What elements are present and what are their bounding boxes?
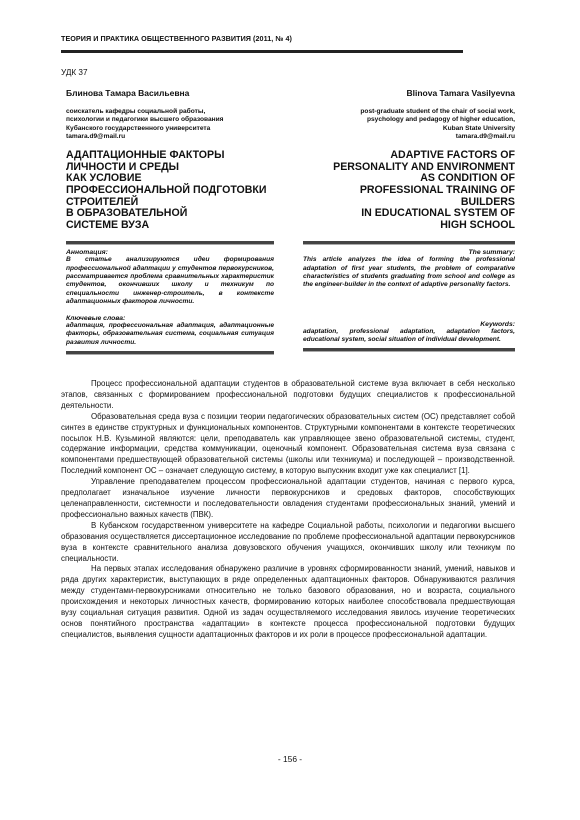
- body-paragraph: На первых этапах исследования обнаружено…: [61, 564, 515, 640]
- abstract-ru: В статье анализируются идеи формирования…: [66, 256, 274, 306]
- title-line: ПРОФЕССИОНАЛЬНОЙ ПОДГОТОВКИ: [66, 185, 274, 197]
- title-line: PROFESSIONAL TRAINING OF: [303, 185, 515, 197]
- affiliation-line: Кубанского государственного университета: [66, 125, 274, 133]
- article-title-en: ADAPTIVE FACTORS OF PERSONALITY AND ENVI…: [303, 150, 515, 231]
- title-line: В ОБРАЗОВАТЕЛЬНОЙ: [66, 208, 274, 220]
- affiliation-en: post-graduate student of the chair of so…: [303, 108, 515, 141]
- affiliation-line: psychology and pedagogy of higher educat…: [303, 116, 515, 124]
- body-paragraph: Образовательная среда вуза с позиции тео…: [61, 412, 515, 477]
- header-divider: [61, 50, 463, 53]
- author-email: tamara.d9@mail.ru: [66, 133, 274, 141]
- keywords-divider: [303, 348, 515, 352]
- keywords-ru: адаптация, профессиональная адаптация, а…: [66, 322, 274, 347]
- journal-header: ТЕОРИЯ И ПРАКТИКА ОБЩЕСТВЕННОГО РАЗВИТИЯ…: [61, 34, 292, 43]
- article-body: Процесс профессиональной адаптации студе…: [61, 379, 515, 641]
- body-paragraph: Процесс профессиональной адаптации студе…: [61, 379, 515, 412]
- author-name-ru: Блинова Тамара Васильевна: [66, 88, 274, 98]
- affiliation-line: post-graduate student of the chair of so…: [303, 108, 515, 116]
- title-line: IN EDUCATIONAL SYSTEM OF: [303, 208, 515, 220]
- abstract-heading-en: The summary:: [303, 249, 515, 256]
- article-title-ru: АДАПТАЦИОННЫЕ ФАКТОРЫ ЛИЧНОСТИ И СРЕДЫ К…: [66, 150, 274, 231]
- udk-code: УДК 37: [61, 68, 88, 77]
- body-paragraph: Управление преподавателем процессом проф…: [61, 477, 515, 521]
- keywords-divider: [66, 351, 274, 355]
- affiliation-line: Kuban State University: [303, 125, 515, 133]
- abstract-en: This article analyzes the idea of formin…: [303, 256, 515, 289]
- english-column: Blinova Tamara Vasilyevna post-graduate …: [303, 88, 515, 352]
- author-email: tamara.d9@mail.ru: [303, 133, 515, 141]
- abstract-divider: [66, 241, 274, 245]
- abstract-divider: [303, 241, 515, 245]
- title-line: HIGH SCHOOL: [303, 220, 515, 232]
- keywords-en: adaptation, professional adaptation, ada…: [303, 328, 515, 345]
- author-name-en: Blinova Tamara Vasilyevna: [303, 88, 515, 98]
- keywords-heading-en: Keywords:: [303, 321, 515, 328]
- russian-column: Блинова Тамара Васильевна соискатель каф…: [66, 88, 274, 355]
- title-line: СИСТЕМЕ ВУЗА: [66, 220, 274, 232]
- page-number: - 156 -: [0, 754, 580, 764]
- affiliation-ru: соискатель кафедры социальной работы, пс…: [66, 108, 274, 141]
- affiliation-line: психологии и педагогики высшего образова…: [66, 116, 274, 124]
- body-paragraph: В Кубанском государственном университете…: [61, 521, 515, 565]
